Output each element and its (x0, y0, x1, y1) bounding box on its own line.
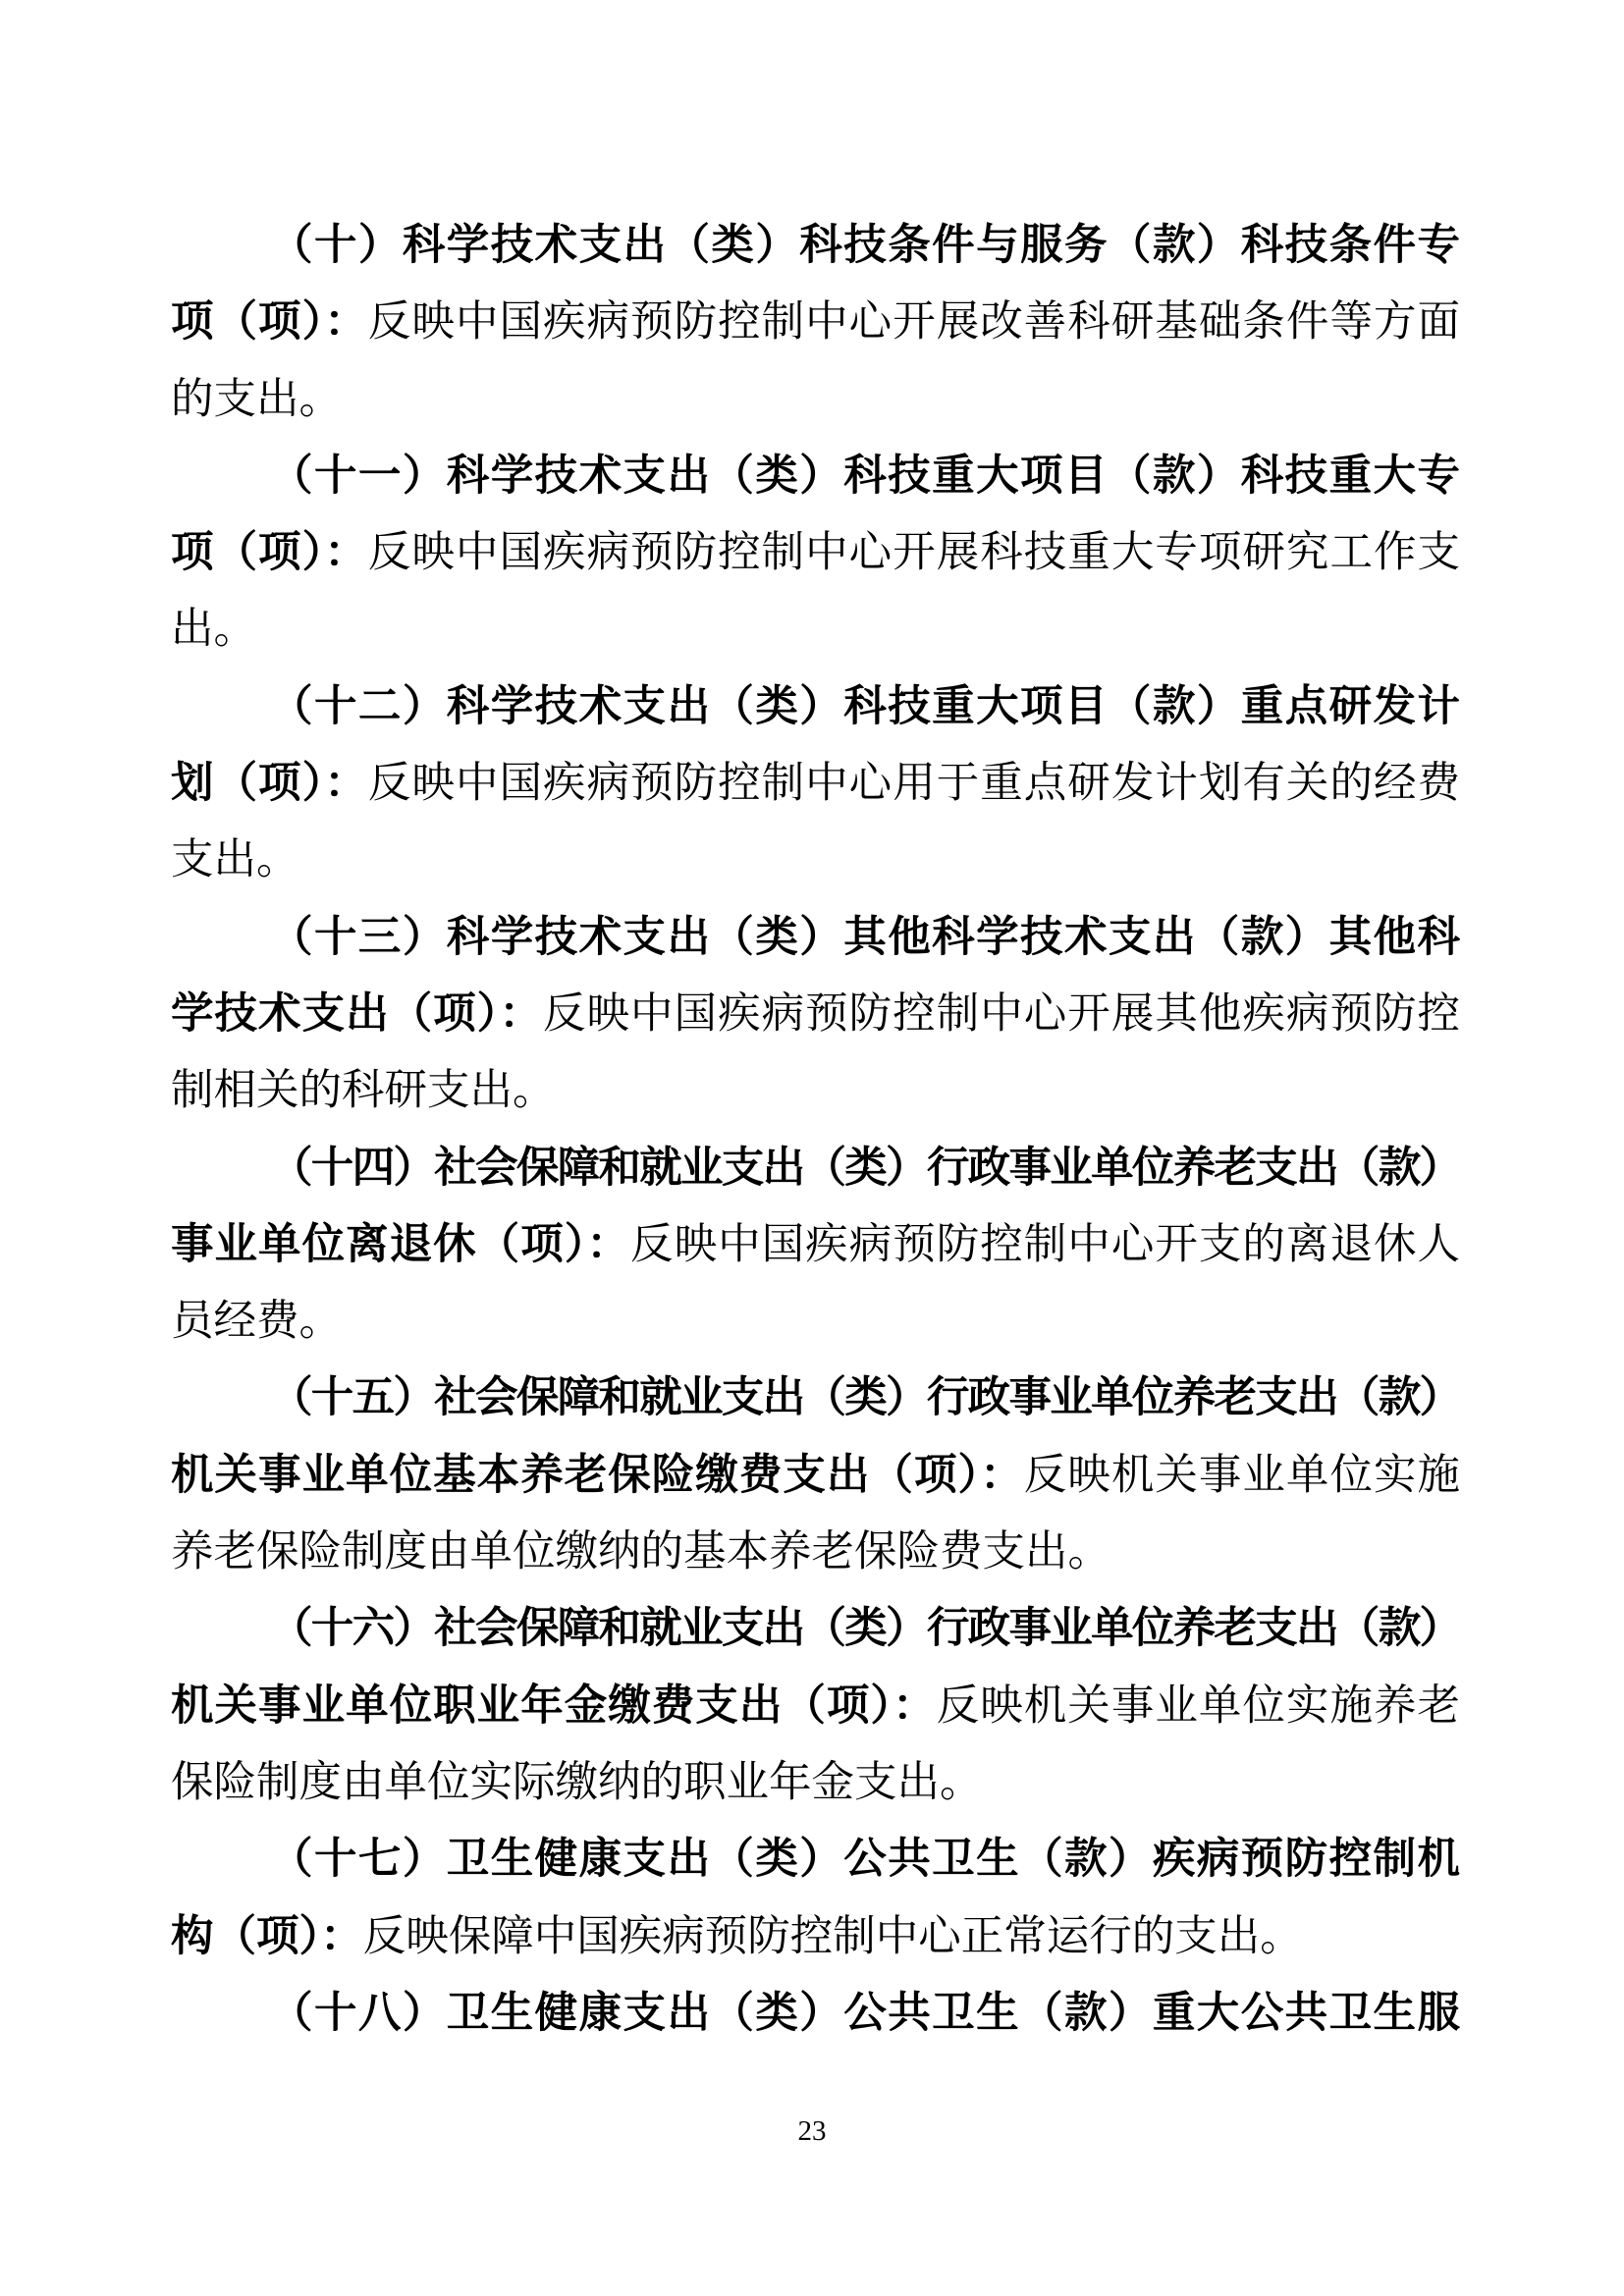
clause-heading-text: 项（项）： (171, 298, 368, 346)
text-line: 机关事业单位基本养老保险缴费支出（项）：反映机关事业单位实施 (171, 1437, 1460, 1514)
clause-body-text: 反映机关事业单位实施养老 (937, 1682, 1460, 1730)
text-line: 支出。 (171, 822, 1460, 898)
document-body: （十）科学技术支出（类）科技条件与服务（款）科技条件专项（项）：反映中国疾病预防… (171, 207, 1460, 2052)
clause-body-text: 出。 (171, 606, 256, 653)
text-line: 划（项）：反映中国疾病预防控制中心用于重点研发计划有关的经费 (171, 745, 1460, 822)
text-line: （十）科学技术支出（类）科技条件与服务（款）科技条件专 (171, 207, 1460, 284)
text-line: 保险制度由单位实际缴纳的职业年金支出。 (171, 1744, 1460, 1821)
clause-heading-text: 事业单位离退休（项）： (171, 1221, 630, 1268)
text-line: （十一）科学技术支出（类）科技重大项目（款）科技重大专 (171, 438, 1460, 514)
budget-clause-7: （十六）社会保障和就业支出（类）行政事业单位养老支出（款）机关事业单位职业年金缴… (171, 1590, 1460, 1821)
clause-heading-text: （十五）社会保障和就业支出（类）行政事业单位养老支出（款） (270, 1374, 1460, 1421)
text-line: （十六）社会保障和就业支出（类）行政事业单位养老支出（款） (171, 1590, 1460, 1667)
budget-clause-3: （十二）科学技术支出（类）科技重大项目（款）重点研发计划（项）：反映中国疾病预防… (171, 668, 1460, 899)
text-line: 员经费。 (171, 1283, 1460, 1360)
clause-body-text: 的支出。 (171, 376, 342, 423)
text-line: （十八）卫生健康支出（类）公共卫生（款）重大公共卫生服 (171, 1975, 1460, 2052)
page-footer: 23 (0, 2110, 1624, 2152)
text-line: 养老保险制度由单位缴纳的基本养老保险费支出。 (171, 1514, 1460, 1590)
clause-body-text: 反映中国疾病预防控制中心用于重点研发计划有关的经费 (368, 760, 1460, 807)
clause-heading-text: （十八）卫生健康支出（类）公共卫生（款）重大公共卫生服 (270, 1990, 1460, 2037)
clause-heading-text: （十四）社会保障和就业支出（类）行政事业单位养老支出（款） (270, 1145, 1460, 1192)
clause-heading-text: 构（项）： (171, 1913, 363, 1960)
clause-heading-text: 机关事业单位基本养老保险缴费支出（项）： (171, 1452, 1024, 1499)
clause-heading-text: 项（项）： (171, 529, 368, 576)
text-line: 机关事业单位职业年金缴费支出（项）：反映机关事业单位实施养老 (171, 1668, 1460, 1744)
document-page: （十）科学技术支出（类）科技条件与服务（款）科技条件专项（项）：反映中国疾病预防… (0, 0, 1624, 2296)
clause-body-text: 反映中国疾病预防控制中心开支的离退休人 (630, 1221, 1460, 1268)
clause-heading-text: （十三）科学技术支出（类）其他科学技术支出（款）其他科 (270, 914, 1460, 961)
clause-body-text: 反映中国疾病预防控制中心开展科技重大专项研究工作支 (368, 529, 1460, 576)
clause-heading-text: （十六）社会保障和就业支出（类）行政事业单位养老支出（款） (270, 1605, 1460, 1652)
clause-heading-text: 学技术支出（项）： (171, 990, 543, 1038)
clause-body-text: 制相关的科研支出。 (171, 1067, 556, 1114)
clause-body-text: 员经费。 (171, 1298, 342, 1345)
clause-body-text: 支出。 (171, 836, 299, 883)
clause-heading-text: （十七）卫生健康支出（类）公共卫生（款）疾病预防控制机 (270, 1836, 1460, 1883)
text-line: （十三）科学技术支出（类）其他科学技术支出（款）其他科 (171, 899, 1460, 976)
budget-clause-4: （十三）科学技术支出（类）其他科学技术支出（款）其他科学技术支出（项）：反映中国… (171, 899, 1460, 1130)
clause-body-text: 保险制度由单位实际缴纳的职业年金支出。 (171, 1759, 983, 1806)
clause-heading-text: 机关事业单位职业年金缴费支出（项）： (171, 1682, 937, 1730)
budget-clause-6: （十五）社会保障和就业支出（类）行政事业单位养老支出（款）机关事业单位基本养老保… (171, 1360, 1460, 1590)
text-line: 制相关的科研支出。 (171, 1052, 1460, 1129)
text-line: 事业单位离退休（项）：反映中国疾病预防控制中心开支的离退休人 (171, 1206, 1460, 1283)
clause-heading-text: （十）科学技术支出（类）科技条件与服务（款）科技条件专 (270, 222, 1460, 269)
clause-body-text: 反映保障中国疾病预防控制中心正常运行的支出。 (363, 1913, 1303, 1960)
text-line: （十二）科学技术支出（类）科技重大项目（款）重点研发计 (171, 668, 1460, 745)
clause-heading-text: （十二）科学技术支出（类）科技重大项目（款）重点研发计 (270, 683, 1460, 730)
clause-body-text: 反映机关事业单位实施 (1024, 1452, 1460, 1499)
budget-clause-8: （十七）卫生健康支出（类）公共卫生（款）疾病预防控制机构（项）：反映保障中国疾病… (171, 1821, 1460, 1975)
text-line: 项（项）：反映中国疾病预防控制中心开展改善科研基础条件等方面 (171, 284, 1460, 360)
clause-heading-text: 划（项）： (171, 760, 368, 807)
budget-clause-5: （十四）社会保障和就业支出（类）行政事业单位养老支出（款）事业单位离退休（项）：… (171, 1130, 1460, 1361)
text-line: 项（项）：反映中国疾病预防控制中心开展科技重大专项研究工作支 (171, 514, 1460, 591)
text-line: （十五）社会保障和就业支出（类）行政事业单位养老支出（款） (171, 1360, 1460, 1436)
text-line: 学技术支出（项）：反映中国疾病预防控制中心开展其他疾病预防控 (171, 976, 1460, 1052)
clause-body-text: 反映中国疾病预防控制中心开展改善科研基础条件等方面 (368, 298, 1460, 346)
text-line: 出。 (171, 591, 1460, 667)
page-number: 23 (798, 2115, 827, 2147)
text-line: 的支出。 (171, 361, 1460, 438)
text-line: （十四）社会保障和就业支出（类）行政事业单位养老支出（款） (171, 1130, 1460, 1206)
clause-heading-text: （十一）科学技术支出（类）科技重大项目（款）科技重大专 (270, 453, 1460, 500)
text-line: 构（项）：反映保障中国疾病预防控制中心正常运行的支出。 (171, 1898, 1460, 1975)
clause-body-text: 养老保险制度由单位缴纳的基本养老保险费支出。 (171, 1528, 1110, 1575)
budget-clause-1: （十）科学技术支出（类）科技条件与服务（款）科技条件专项（项）：反映中国疾病预防… (171, 207, 1460, 438)
clause-body-text: 反映中国疾病预防控制中心开展其他疾病预防控 (543, 990, 1460, 1038)
budget-clause-9: （十八）卫生健康支出（类）公共卫生（款）重大公共卫生服 (171, 1975, 1460, 2052)
text-line: （十七）卫生健康支出（类）公共卫生（款）疾病预防控制机 (171, 1821, 1460, 1897)
budget-clause-2: （十一）科学技术支出（类）科技重大项目（款）科技重大专项（项）：反映中国疾病预防… (171, 438, 1460, 668)
